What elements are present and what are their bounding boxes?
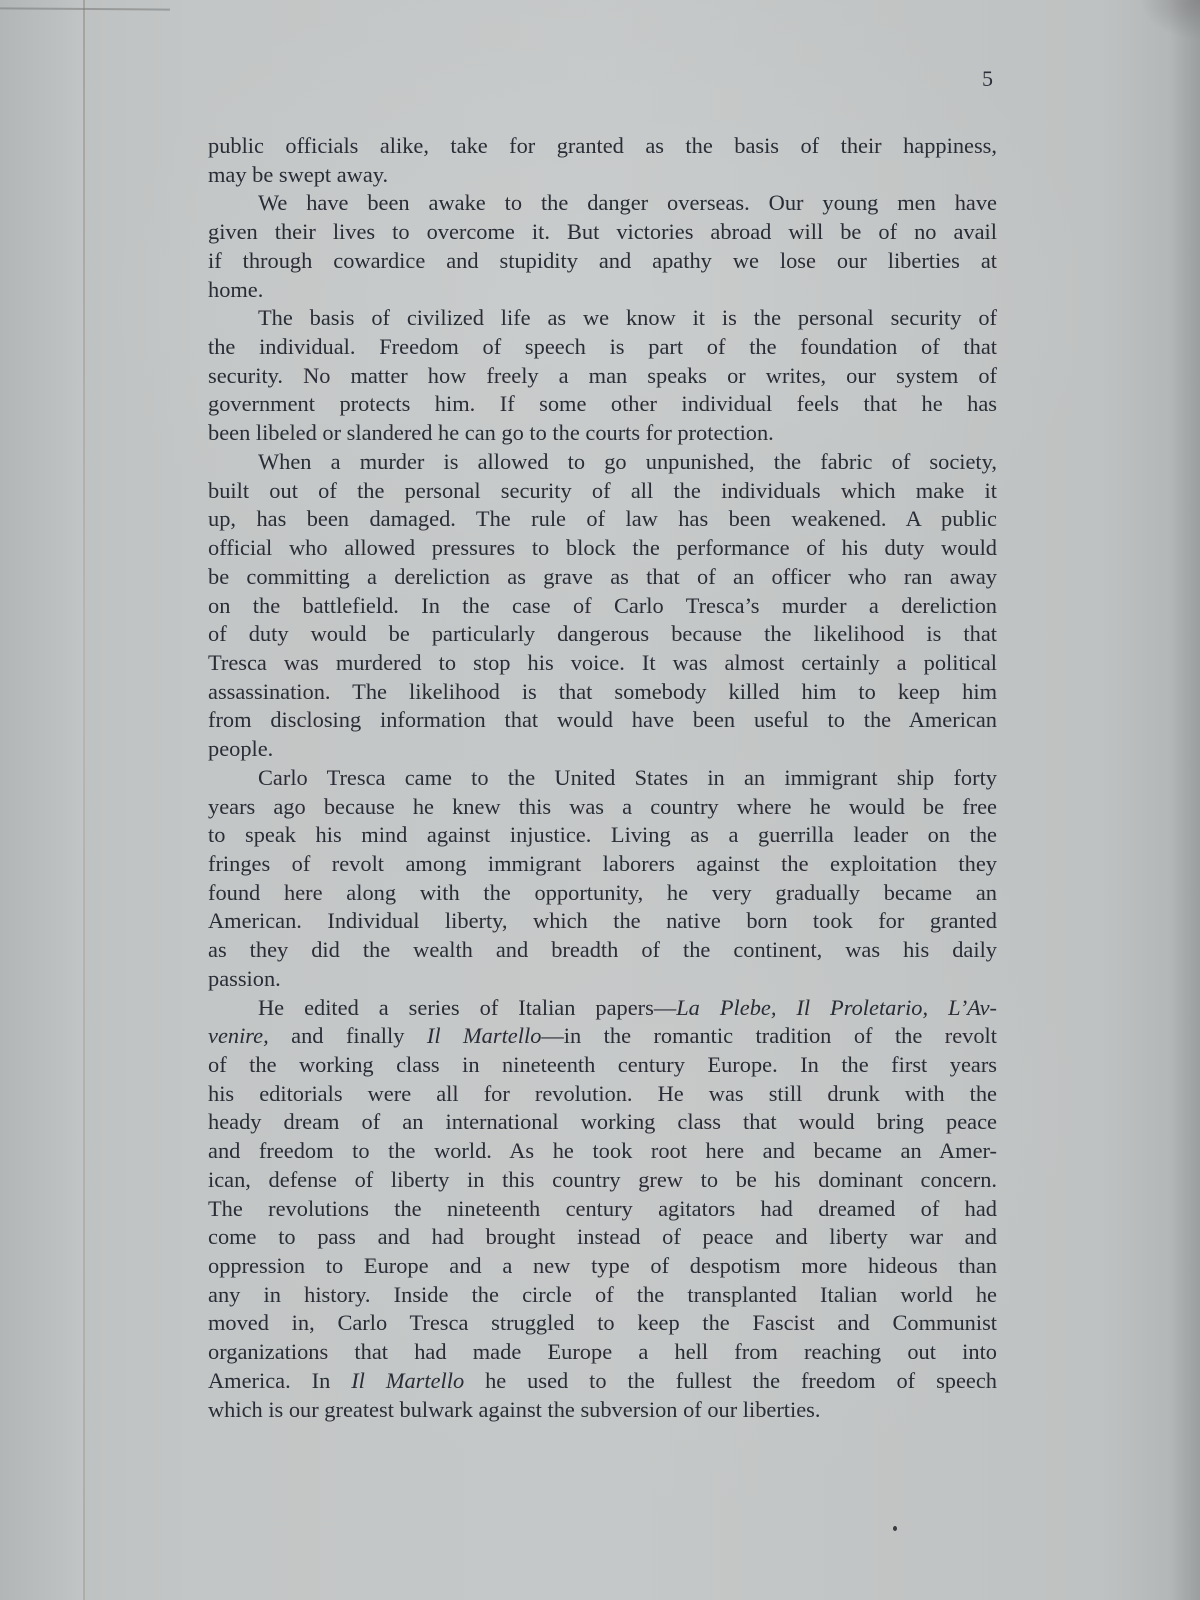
text-run: heady dream of an international working … xyxy=(208,1109,997,1134)
text-run: Tresca was murdered to stop his voice. I… xyxy=(208,650,997,675)
text-line: people. xyxy=(208,735,997,764)
text-line: organizations that had made Europe a hel… xyxy=(208,1338,997,1367)
text-line: if through cowardice and stupidity and a… xyxy=(208,247,997,276)
text-line: the individual. Freedom of speech is par… xyxy=(208,333,997,362)
paragraph: public officials alike, take for granted… xyxy=(208,132,997,189)
text-line: up, has been damaged. The rule of law ha… xyxy=(208,505,997,534)
text-line: The basis of civilized life as we know i… xyxy=(208,304,997,333)
text-line: Carlo Tresca came to the United States i… xyxy=(208,764,997,793)
text-line: passion. xyxy=(208,965,997,994)
text-run: The basis of civilized life as we know i… xyxy=(258,305,997,330)
text-run: oppression to Europe and a new type of d… xyxy=(208,1253,997,1278)
text-line: from disclosing information that would h… xyxy=(208,706,997,735)
text-run: be committing a dereliction as grave as … xyxy=(208,564,997,589)
text-line: be committing a dereliction as grave as … xyxy=(208,563,997,592)
text-run: the individual. Freedom of speech is par… xyxy=(208,334,997,359)
italic-title: Il Martello xyxy=(351,1368,464,1393)
text-run: He edited a series of Italian papers— xyxy=(258,995,676,1020)
text-line: to speak his mind against injustice. Liv… xyxy=(208,821,997,850)
text-run: passion. xyxy=(208,966,281,991)
text-line: Tresca was murdered to stop his voice. I… xyxy=(208,649,997,678)
text-run: America. In xyxy=(208,1368,351,1393)
text-run: found here along with the opportunity, h… xyxy=(208,880,997,905)
ink-speck xyxy=(893,1526,897,1531)
text-line: home. xyxy=(208,276,997,305)
text-run: American. Individual liberty, which the … xyxy=(208,908,997,933)
text-line: come to pass and had brought instead of … xyxy=(208,1223,997,1252)
text-run: years ago because he knew this was a cou… xyxy=(208,794,997,819)
text-line: venire, and finally Il Martello—in the r… xyxy=(208,1022,997,1051)
text-line: any in history. Inside the circle of the… xyxy=(208,1281,997,1310)
text-run: of duty would be particularly dangerous … xyxy=(208,621,997,646)
text-run: security. No matter how freely a man spe… xyxy=(208,363,997,388)
text-run: government protects him. If some other i… xyxy=(208,391,997,416)
italic-title: La Plebe, Il Proletario, L’Av- xyxy=(676,995,997,1020)
text-run: and freedom to the world. As he took roo… xyxy=(208,1138,997,1163)
paragraph: Carlo Tresca came to the United States i… xyxy=(208,764,997,994)
text-line: which is our greatest bulwark against th… xyxy=(208,1396,997,1425)
fold-crease xyxy=(83,0,85,1600)
text-line: moved in, Carlo Tresca struggled to keep… xyxy=(208,1309,997,1338)
paragraph: He edited a series of Italian papers—La … xyxy=(208,994,997,1425)
text-line: We have been awake to the danger oversea… xyxy=(208,189,997,218)
text-run: to speak his mind against injustice. Liv… xyxy=(208,822,997,847)
text-run: from disclosing information that would h… xyxy=(208,707,997,732)
text-run: he used to the fullest the freedom of sp… xyxy=(464,1368,997,1393)
text-line: America. In Il Martello he used to the f… xyxy=(208,1367,997,1396)
text-line: American. Individual liberty, which the … xyxy=(208,907,997,936)
text-run: official who allowed pressures to block … xyxy=(208,535,997,560)
text-line: assassination. The likelihood is that so… xyxy=(208,678,997,707)
text-run: assassination. The likelihood is that so… xyxy=(208,679,997,704)
text-run: been libeled or slandered he can go to t… xyxy=(208,420,774,445)
paragraph: The basis of civilized life as we know i… xyxy=(208,304,997,448)
text-run: which is our greatest bulwark against th… xyxy=(208,1397,821,1422)
text-run: come to pass and had brought instead of … xyxy=(208,1224,997,1249)
page-number: 5 xyxy=(982,66,993,92)
text-line: fringes of revolt among immigrant labore… xyxy=(208,850,997,879)
italic-title: venire, xyxy=(208,1023,269,1048)
text-run: if through cowardice and stupidity and a… xyxy=(208,248,997,273)
text-line: He edited a series of Italian papers—La … xyxy=(208,994,997,1023)
text-run: We have been awake to the danger oversea… xyxy=(258,190,997,215)
text-run: up, has been damaged. The rule of law ha… xyxy=(208,506,997,531)
text-line: his editorials were all for revolution. … xyxy=(208,1080,997,1109)
text-run: of the working class in nineteenth centu… xyxy=(208,1052,997,1077)
text-line: and freedom to the world. As he took roo… xyxy=(208,1137,997,1166)
text-line: as they did the wealth and breadth of th… xyxy=(208,936,997,965)
text-line: ican, defense of liberty in this country… xyxy=(208,1166,997,1195)
text-run: on the battlefield. In the case of Carlo… xyxy=(208,593,997,618)
corner-shadow xyxy=(1140,0,1200,40)
text-line: When a murder is allowed to go unpunishe… xyxy=(208,448,997,477)
text-line: on the battlefield. In the case of Carlo… xyxy=(208,592,997,621)
text-line: heady dream of an international working … xyxy=(208,1108,997,1137)
text-run: public officials alike, take for granted… xyxy=(208,133,997,158)
scanned-page: 5 public officials alike, take for grant… xyxy=(0,0,1200,1600)
text-run: as they did the wealth and breadth of th… xyxy=(208,937,997,962)
paragraph: When a murder is allowed to go unpunishe… xyxy=(208,448,997,764)
text-run: people. xyxy=(208,736,273,761)
text-run: given their lives to overcome it. But vi… xyxy=(208,219,997,244)
text-run: home. xyxy=(208,277,263,302)
text-line: of duty would be particularly dangerous … xyxy=(208,620,997,649)
text-run: fringes of revolt among immigrant labore… xyxy=(208,851,997,876)
text-line: found here along with the opportunity, h… xyxy=(208,879,997,908)
text-run: any in history. Inside the circle of the… xyxy=(208,1282,997,1307)
text-line: security. No matter how freely a man spe… xyxy=(208,362,997,391)
text-line: The revolutions the nineteenth century a… xyxy=(208,1195,997,1224)
page-shadow xyxy=(1170,0,1200,1600)
text-run: his editorials were all for revolution. … xyxy=(208,1081,997,1106)
text-run: The revolutions the nineteenth century a… xyxy=(208,1196,997,1221)
text-run: Carlo Tresca came to the United States i… xyxy=(258,765,997,790)
paragraph: We have been awake to the danger oversea… xyxy=(208,189,997,304)
text-line: official who allowed pressures to block … xyxy=(208,534,997,563)
text-run: and finally xyxy=(269,1023,427,1048)
text-run: When a murder is allowed to go unpunishe… xyxy=(258,449,997,474)
italic-title: Il Martello xyxy=(427,1023,542,1048)
text-run: may be swept away. xyxy=(208,162,388,187)
text-line: may be swept away. xyxy=(208,161,997,190)
text-run: ican, defense of liberty in this country… xyxy=(208,1167,997,1192)
text-line: government protects him. If some other i… xyxy=(208,390,997,419)
text-line: given their lives to overcome it. But vi… xyxy=(208,218,997,247)
text-line: of the working class in nineteenth centu… xyxy=(208,1051,997,1080)
text-line: been libeled or slandered he can go to t… xyxy=(208,419,997,448)
text-line: years ago because he knew this was a cou… xyxy=(208,793,997,822)
text-run: organizations that had made Europe a hel… xyxy=(208,1339,997,1364)
text-run: —in the romantic tradition of the revolt xyxy=(541,1023,997,1048)
text-line: oppression to Europe and a new type of d… xyxy=(208,1252,997,1281)
text-run: built out of the personal security of al… xyxy=(208,478,997,503)
body-text: public officials alike, take for granted… xyxy=(208,132,997,1424)
text-line: built out of the personal security of al… xyxy=(208,477,997,506)
text-line: public officials alike, take for granted… xyxy=(208,132,997,161)
paper-edge xyxy=(0,7,170,10)
text-run: moved in, Carlo Tresca struggled to keep… xyxy=(208,1310,997,1335)
